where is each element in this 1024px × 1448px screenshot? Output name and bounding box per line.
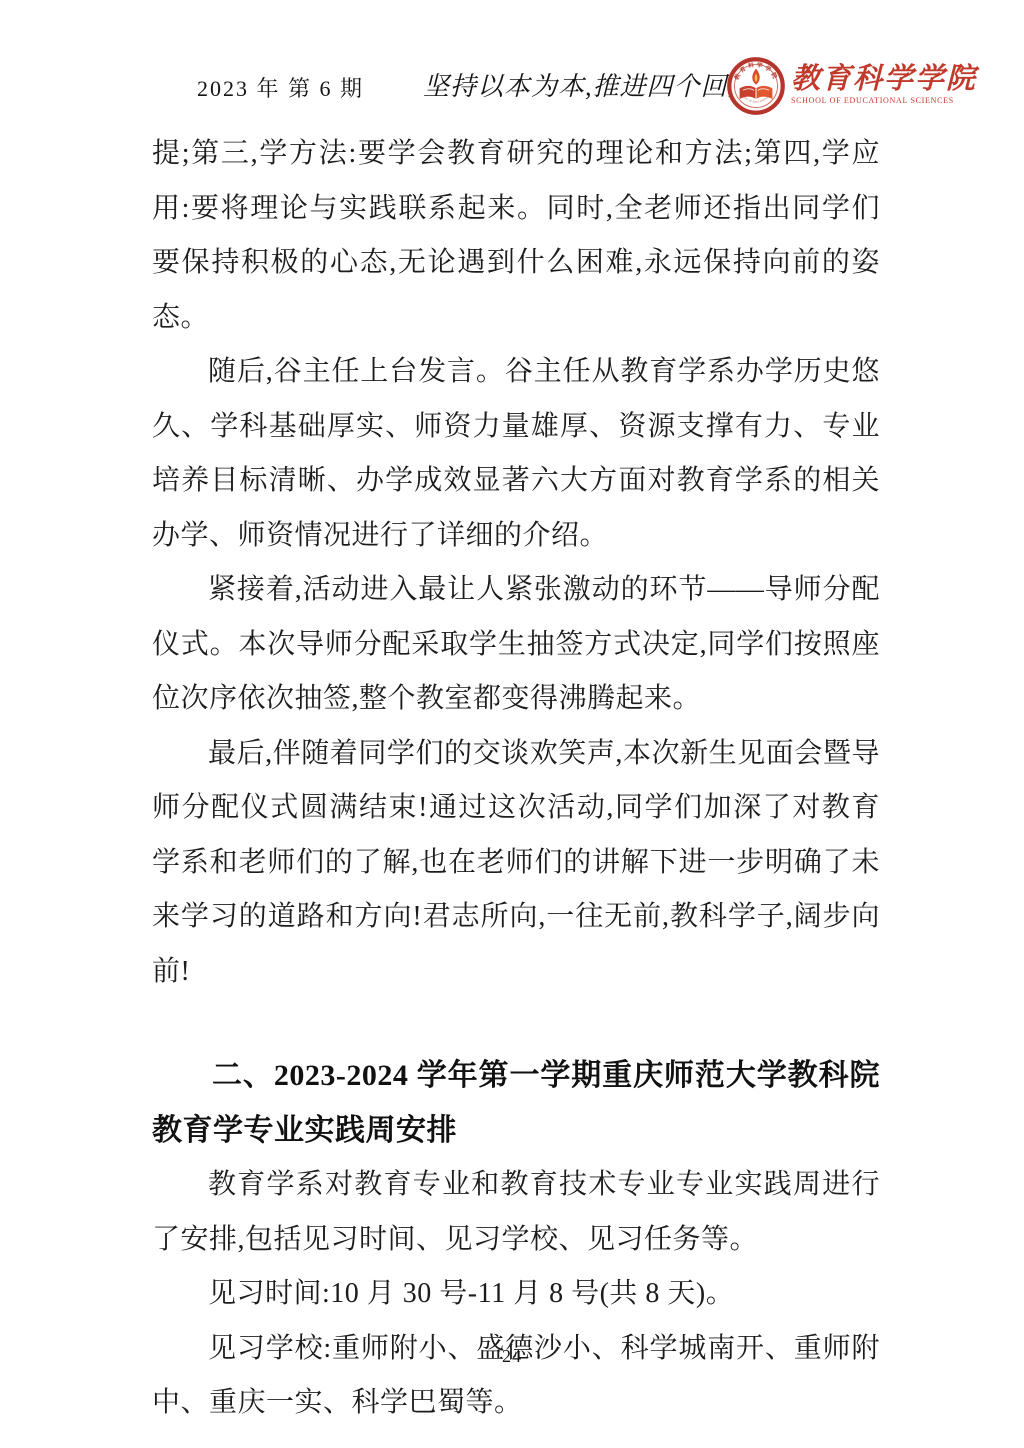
school-logo-text: 教育科学学院 SCHOOL OF EDUCATIONAL SCIENCES xyxy=(791,64,977,105)
document-body: 提;第三,学方法:要学会教育研究的理论和方法;第四,学应用:要将理论与实践联系起… xyxy=(152,127,880,1431)
page-footer: 24 xyxy=(0,1346,1024,1367)
issue-label: 2023 年 第 6 期 xyxy=(197,72,364,103)
body-paragraph: 随后,谷主任上台发言。谷主任从教育学系办学历史悠久、学科基础厚实、师资力量雄厚、… xyxy=(152,345,880,563)
body-paragraph: 提;第三,学方法:要学会教育研究的理论和方法;第四,学应用:要将理论与实践联系起… xyxy=(152,127,880,345)
page-number: 24 xyxy=(502,1346,522,1366)
school-name-chinese: 教育科学学院 xyxy=(791,64,977,94)
body-paragraph: 教育学系对教育专业和教育技术专业专业实践周进行了安排,包括见习时间、见习学校、见… xyxy=(152,1158,880,1267)
school-seal-icon: 教育科学学院 SCHOOL OF EDUCATIONAL SCIENCES xyxy=(726,56,786,116)
body-paragraph: 紧接着,活动进入最让人紧张激动的环节——导师分配仪式。本次导师分配采取学生抽签方… xyxy=(152,563,880,727)
school-name-english: SCHOOL OF EDUCATIONAL SCIENCES xyxy=(791,96,977,105)
school-logo: 教育科学学院 SCHOOL OF EDUCATIONAL SCIENCES xyxy=(726,56,977,116)
header-slogan: 坚持以本为本,推进四个回归 xyxy=(423,66,755,103)
body-paragraph: 最后,伴随着同学们的交谈欢笑声,本次新生见面会暨导师分配仪式圆满结束!通过这次活… xyxy=(152,727,880,1000)
body-paragraph: 见习学校:重师附小、盛德沙小、科学城南开、重师附中、重庆一实、科学巴蜀等。 xyxy=(152,1322,880,1431)
section-heading: 二、2023-2024 学年第一学期重庆师范大学教科院教育学专业实践周安排 xyxy=(152,1049,880,1158)
body-paragraph: 见习时间:10 月 30 号-11 月 8 号(共 8 天)。 xyxy=(152,1267,880,1322)
document-page: 2023 年 第 6 期 坚持以本为本,推进四个回归 教育科学学院 xyxy=(0,0,1024,1448)
